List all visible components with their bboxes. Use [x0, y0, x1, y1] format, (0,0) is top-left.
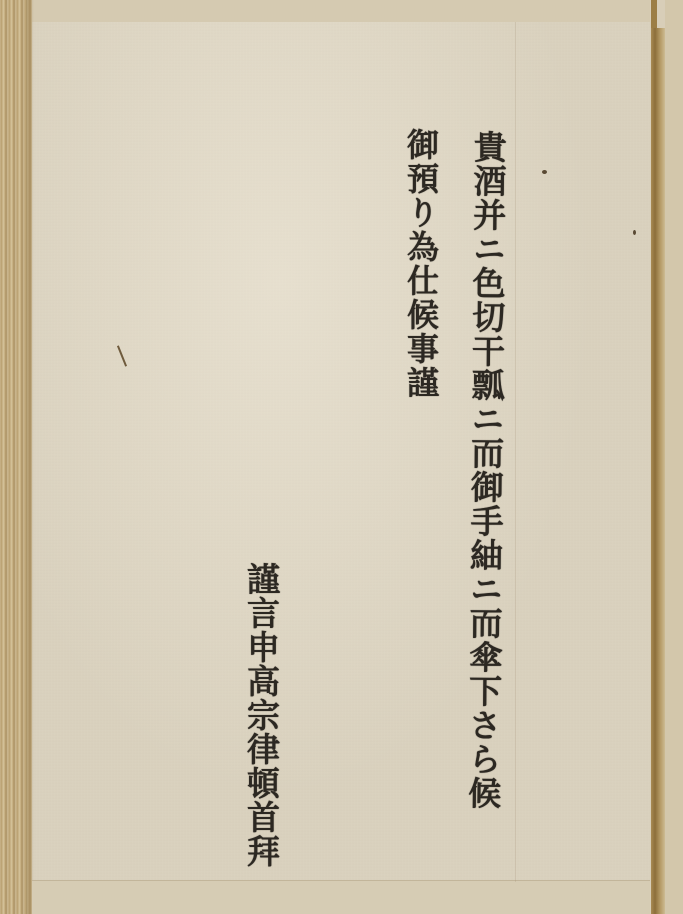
- top-page-margin: [32, 0, 650, 23]
- calligraphy-column-2: 御預り為仕候事謹: [398, 128, 444, 400]
- bottom-page-margin: [32, 880, 650, 914]
- manuscript-scan: 貴酒并ニ色切干瓢ニ而御手紬ニ而傘下さら候 御預り為仕候事謹 謹言申高宗律頓首拜: [0, 0, 683, 914]
- paper-sheet: [32, 22, 650, 892]
- ink-speck: [633, 230, 636, 235]
- calligraphy-column-1: 貴酒并ニ色切干瓢ニ而御手紬ニ而傘下さら候: [459, 130, 512, 810]
- paper-fold-line: [515, 22, 516, 882]
- ink-speck: [542, 170, 547, 174]
- right-edge-tab: [651, 0, 657, 28]
- right-folded-edge: [651, 28, 665, 914]
- binding-shadow: [26, 0, 34, 914]
- next-page-edge: [665, 0, 683, 914]
- calligraphy-signature-column: 謹言申高宗律頓首拜: [238, 562, 285, 868]
